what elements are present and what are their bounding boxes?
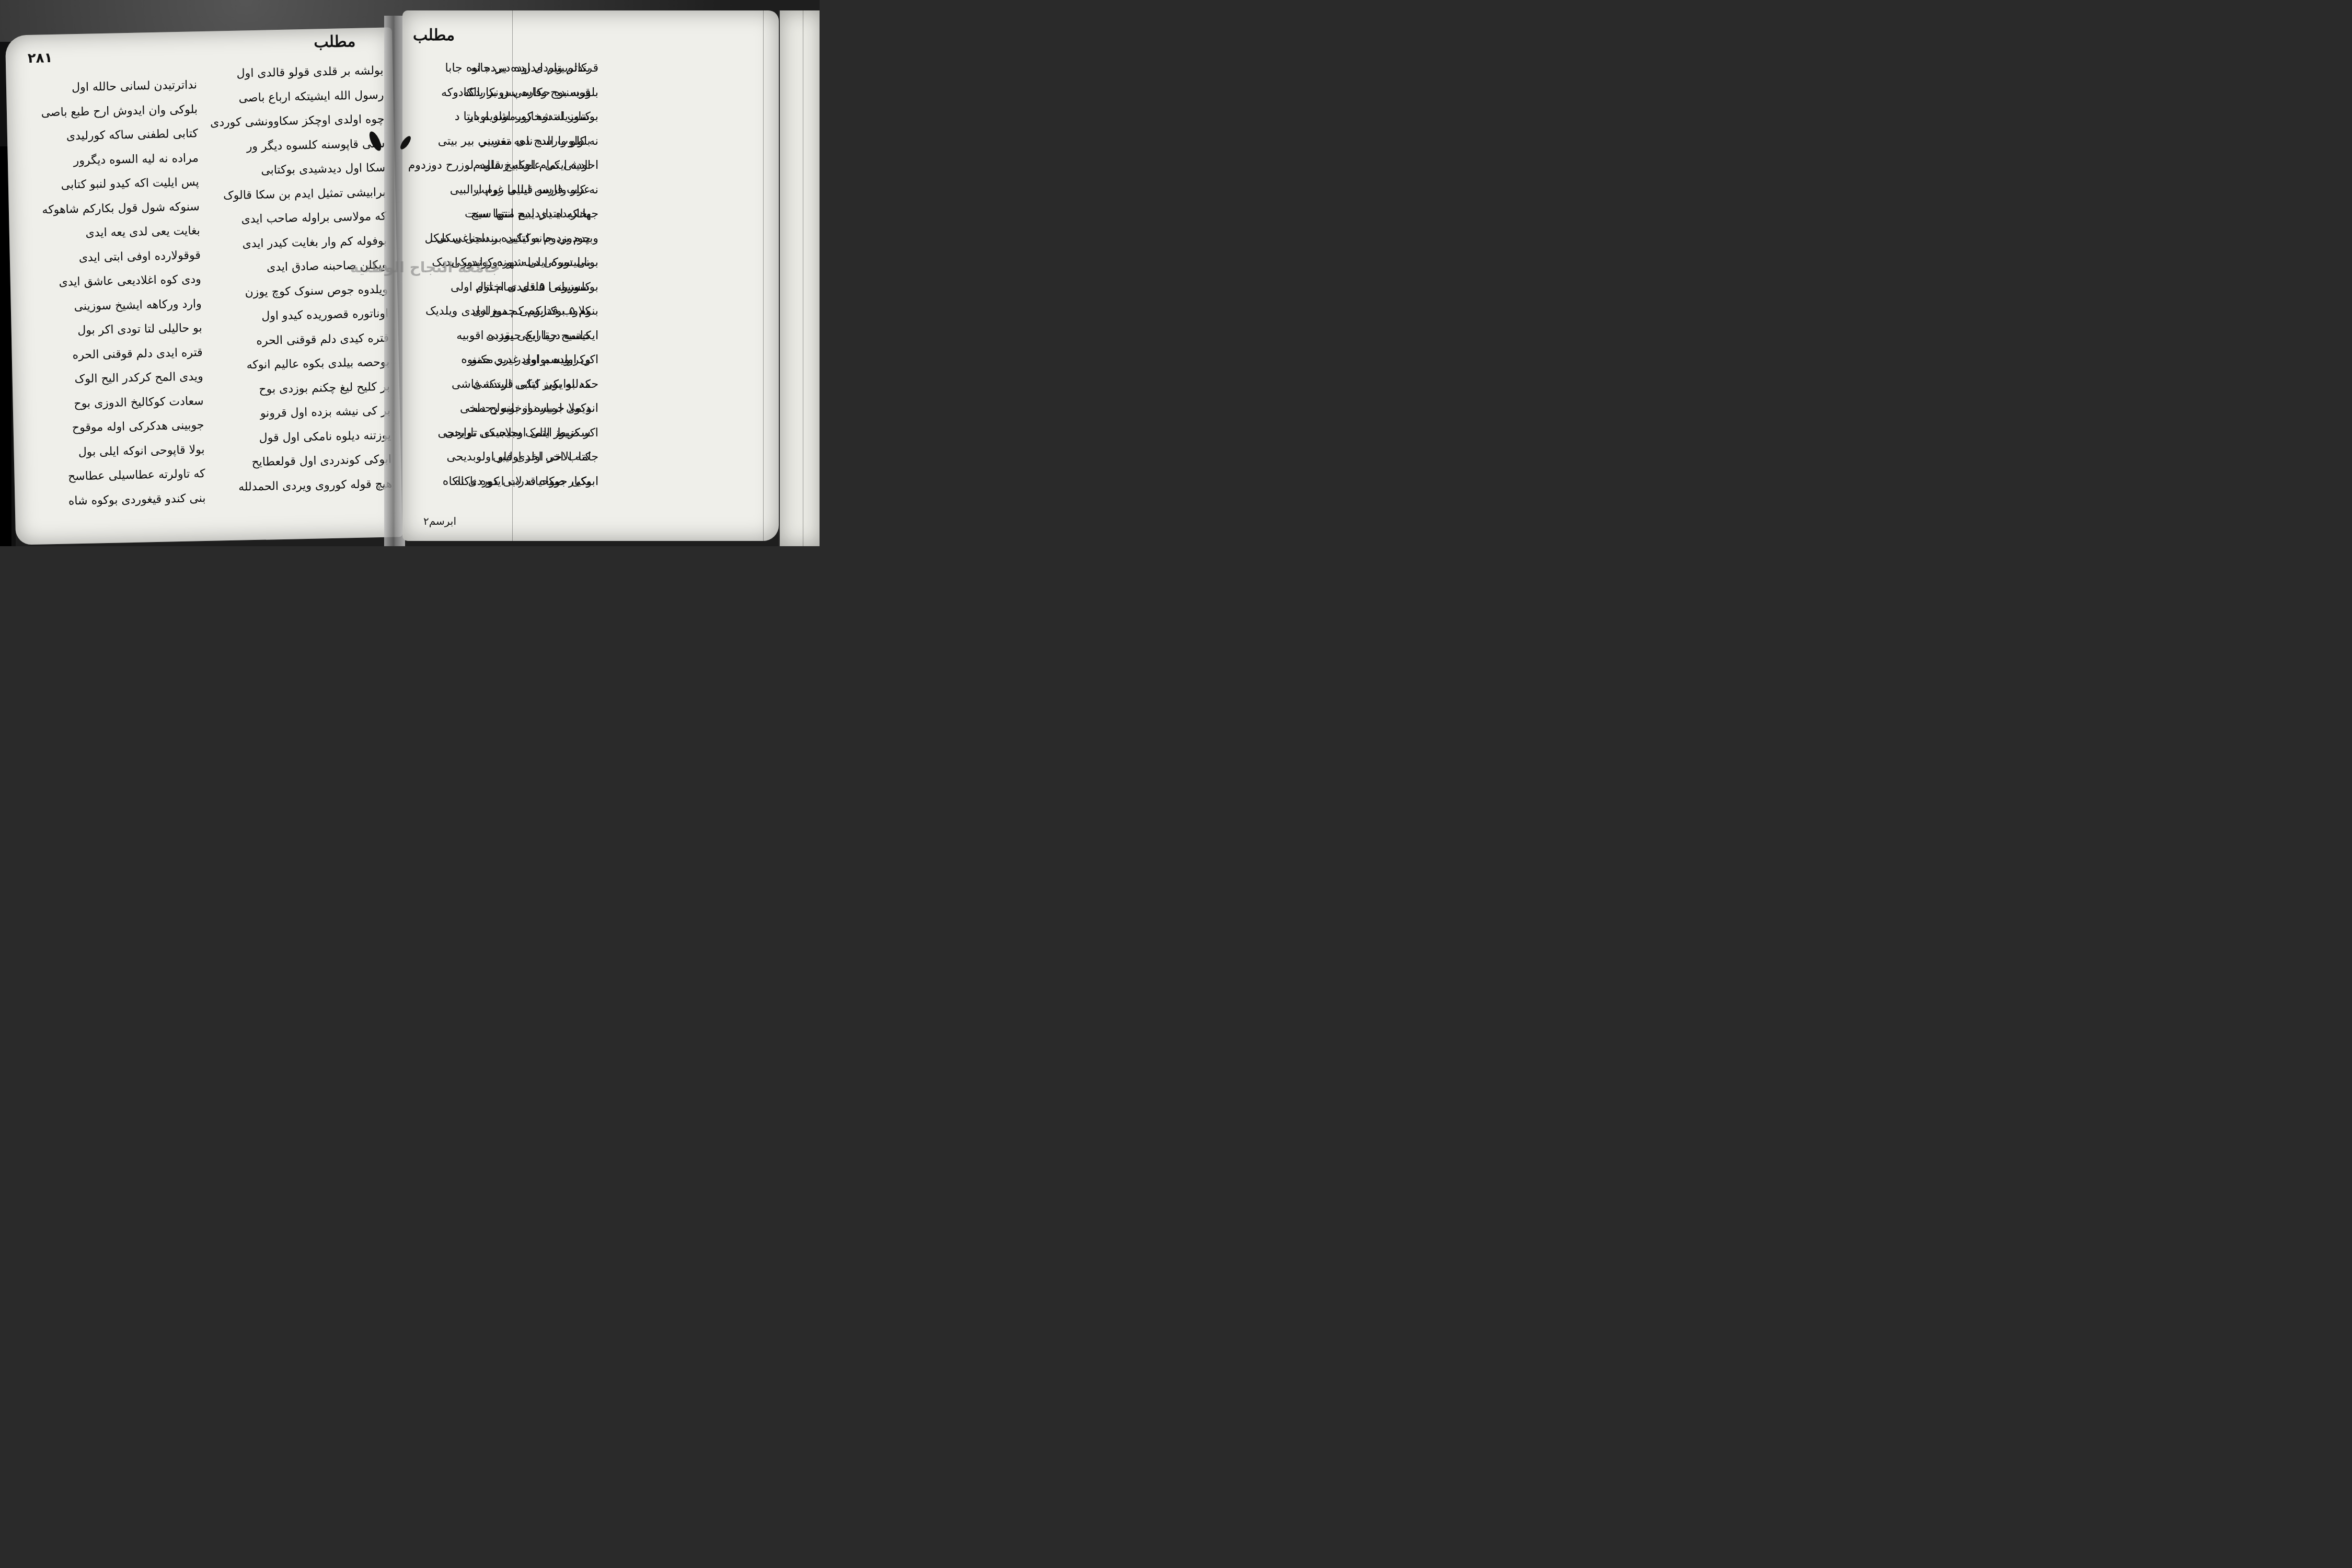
text-line: که مولاسی براوله صاحب ایدی — [206, 205, 387, 233]
text-line: بغایت یعی لدی یعه ایدی — [25, 219, 200, 247]
text-line: قتره کیدی دلم قوقنی الحره — [209, 326, 389, 354]
text-line: قوقولارده اوفی ابتی ایدی — [25, 244, 201, 272]
text-line: کتاب انتدوه کورمشدیم دیتا د — [408, 105, 591, 130]
text-line: سکزیوز اللی اوجیجیدی تاریحی — [408, 421, 591, 446]
text-line: بو حالیلی لتا تودی اکر بول — [27, 316, 202, 344]
text-line: یوزتنه دیلوه نامکی اول قول — [211, 423, 391, 452]
text-line: رسول الله ایشیتکه ارباع باصی — [203, 83, 384, 111]
text-line: بابلیسوه ایلی شهره کوندور ایدیک — [408, 251, 591, 275]
ruled-margin-line — [763, 10, 764, 541]
left-page: ٢٨١ مطلب بولشه بر قلدی قولو قالدی اول رس… — [5, 27, 402, 545]
text-line: ویلدوه جوص سنوک کوچ یوزن — [207, 278, 388, 306]
text-line: قتره ایدی دلم قوقنی الحره — [27, 341, 203, 369]
text-line: کتاب اخر اولدی فاو اولوبدیحی — [408, 445, 591, 470]
text-line: کتابی لطفنی ساکه کورلیدی — [22, 122, 198, 150]
text-line: بوفوله کم وار بغایت کیدر ایدی — [206, 229, 387, 257]
text-line: کلسیونی ۵ قلیدی اختتام اولی — [408, 275, 591, 300]
text-line: وکربوده بواوی غیری حمنوه — [408, 348, 591, 373]
text-line: کلاوب قدرکیبی جمیع اولدی ویلدیک — [408, 299, 591, 324]
text-line: ابوکی کوندردی اول قولعطایح — [211, 448, 392, 476]
right-page-left-column: بکاتربیتیم ایدرده دیرده اوه جابا قوسنده … — [408, 56, 591, 494]
text-line: بوحصه بیلدی بکوه عالیم انوکه — [209, 351, 390, 379]
text-line: هیچ قوله کوروی ویردی الحمدلله — [212, 472, 393, 500]
text-line: عرب فارس ایلیی روم ارالبیی — [408, 178, 591, 203]
text-line: بر کلیح لیغ چکنم بوزدی بوح — [210, 375, 390, 403]
text-line: وارد ورکاهه ایشیخ سوزینی — [26, 292, 202, 320]
text-line: سنوکه شول قول بکارکم شاهوکه — [24, 195, 200, 223]
text-line: برابیشی تمثیل ایدم بن سکا قالوک — [205, 180, 386, 209]
text-line: جوبینی هدکرکی اوله موقوح — [29, 413, 204, 442]
text-line: نداترتیدن لسانی حالله اول — [22, 73, 198, 101]
text-line: بکاتربیتیم ایدرده دیرده اوه جابا — [408, 56, 591, 81]
text-line: اوده ایکی علوکه رسالیه لوزرح دوزدوم — [408, 154, 591, 178]
text-line: بولشه بر قلدی قولو قالدی اول — [203, 59, 384, 87]
book-gutter — [384, 16, 405, 546]
text-line: ویدی المح کرکدر الیح الوک — [28, 365, 203, 393]
text-line: سعادت کوکالیخ الدوزی بوح — [28, 389, 204, 418]
text-line: پس ایلیت اکه کیدو لنبو کتابی — [24, 170, 199, 199]
text-line: ویکلن صاحبنه صادق ایدی — [207, 253, 388, 282]
text-line: قوسنده حکاره پس بر بالکادوکه — [408, 81, 591, 106]
text-line: بنی کندو قیغوردی بوکوه شاه — [30, 487, 206, 515]
text-line: سنی قاپوسنه کلسوه دیگر ور — [204, 132, 385, 160]
text-line: که تاولرته عطاسیلی عطاسح — [30, 462, 205, 490]
bottom-note: ابرسم۲ — [423, 515, 456, 527]
text-line: اوناتوره قصوریده کیدو اول — [208, 302, 389, 330]
left-page-left-column: نداترتیدن لسانی حالله اول بلوکی وان ایدو… — [22, 73, 206, 514]
text-line: چودوزدوم بوکتابی بر سیناغی سکل — [408, 227, 591, 251]
header-mark: مطلب — [413, 26, 455, 44]
flyleaf-page — [779, 10, 820, 546]
text-line: بکیار صوحیانه لابی کوردی ناکاه — [408, 470, 591, 494]
text-line: خاتمه دریا ایکی یوزده اقوبیه — [408, 324, 591, 349]
text-line: که بوایکی کتابی الیدکه فاشی — [408, 373, 591, 397]
header-mark: مطلب — [314, 32, 356, 52]
text-line: بلوکی وان ایدوش ارح طبع باصی — [22, 98, 198, 126]
text-line: مراده نه لیه السوه دیگرور — [23, 146, 199, 175]
text-line: بولا قاپوحی انوکه ایلی بول — [29, 438, 205, 466]
right-page: مطلب قرندلم واردی اوده بی جانه بلوریه بو… — [402, 10, 779, 541]
text-line: بخاربده یازدیدم منتها سنت — [408, 202, 591, 227]
left-page-right-column: بولشه بر قلدی قولو قالدی اول رسول الله ا… — [203, 59, 392, 500]
text-line: ودی کوه اغلادیعی عاشق ایدی — [26, 268, 201, 296]
text-line: چوه اولدی اوچکز سکاوونشی کوردی — [204, 108, 385, 136]
text-line: بر کی نیشه بزده اول قرونو — [210, 399, 391, 428]
text-line: بلولوب الدح دی مغزینی بیر بیتی — [408, 130, 591, 154]
ruled-margin-line — [803, 10, 803, 546]
text-line: دیمی لرباره اوخلنه رحمت — [408, 397, 591, 421]
page-number: ٢٨١ — [27, 50, 52, 66]
text-line: سکا اول دیدشیدی بوکتابی — [205, 156, 386, 185]
